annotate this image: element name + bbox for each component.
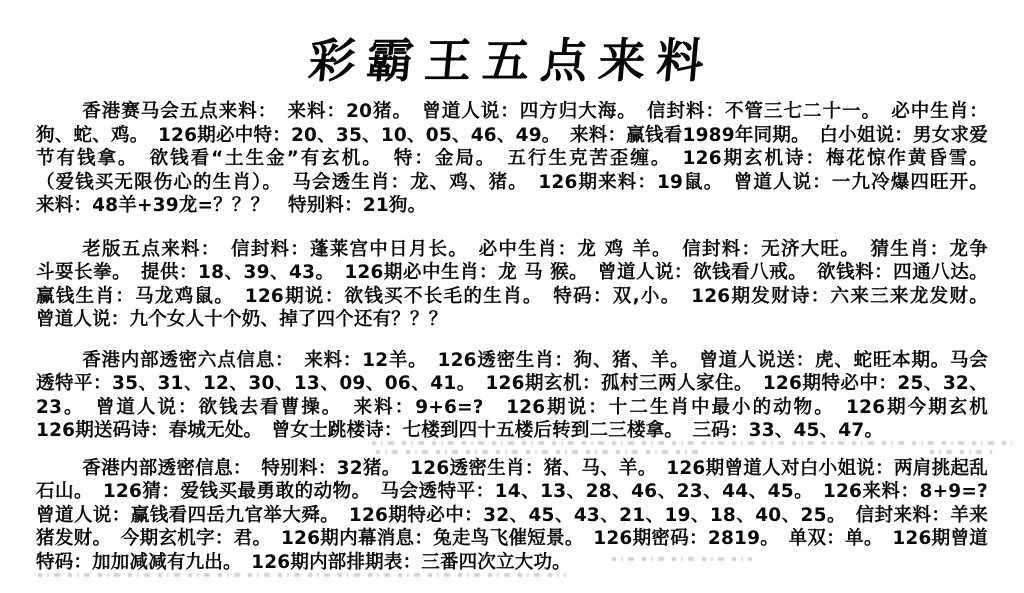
paragraph-internal-secret-six-points: 香港内部透密六点信息： 来料：12羊。 126透密生肖：狗、猪、羊。 曾道人说送… [36,349,988,443]
text-line: 23。 曾道人说：欲钱去看曹操。 来料：9+6=? 126期说：十二生肖中最小的… [36,396,988,420]
text-line: 斗耍长拳。 提供：18、39、43。 126期必中生肖：龙 马 猴。 曾道人说：… [36,261,988,285]
page-title: 彩霸王五点来料 [0,24,1024,91]
text-line: 透特平：35、31、12、30、13、09、06、41。 126期玄机：孤村三两… [36,372,988,396]
text-line: 香港赛马会五点来料： 来料：20猪。 曾道人说：四方归大海。 信封料：不管三七二… [36,100,988,124]
faded-print-artifact [612,557,752,561]
faded-print-artifact [930,450,992,454]
text-line: 节有钱拿。 欲钱看“土生金”有玄机。 特：金局。 五行生克苦歪缠。 126期玄机… [36,147,988,171]
text-line: 曾道人说：九个女人十个奶、掉了四个还有？？？ [36,308,988,332]
tip-sheet-body: 香港赛马会五点来料： 来料：20猪。 曾道人说：四方归大海。 信封料：不管三七二… [36,100,988,591]
text-line: 赢钱生肖：马龙鸡鼠。 126期说：欲钱买不长毛的生肖。 特码：双,小。 126期… [36,285,988,309]
faded-print-artifact [376,450,706,454]
text-line: （爱钱买无限伤心的生肖）。 马会透生肖：龙、鸡、猪。 126期来料：19鼠。 曾… [36,171,988,195]
text-line: 来料：48羊+39龙=？？？ 特别料：21狗。 [36,194,988,218]
text-line: 石山。 126猜：爱钱买最勇敢的动物。 马会透特平：14、13、28、46、23… [36,480,988,504]
faded-print-artifact [38,573,566,577]
paragraph-old-edition-five-points: 老版五点来料： 信封料：蓬莱宫中日月长。 必中生肖：龙 鸡 羊。 信封料：无济大… [36,238,988,332]
text-line: 老版五点来料： 信封料：蓬莱宫中日月长。 必中生肖：龙 鸡 羊。 信封料：无济大… [36,238,988,262]
paragraph-racing-club-five-points: 香港赛马会五点来料： 来料：20猪。 曾道人说：四方归大海。 信封料：不管三七二… [36,100,988,218]
paragraph-internal-secret-info: 香港内部透密信息： 特别料：32猪。 126透密生肖：猪、马、羊。 126期曾道… [36,457,988,575]
text-line: 狗、蛇、鸡。 126期必中特：20、35、10、05、46、49。 来料：赢钱看… [36,124,988,148]
text-line: 126期送码诗：春城无处。 曾女士跳楼诗：七楼到四十五楼后转到二三楼拿。 三码：… [36,419,988,443]
text-line: 猪发财。 今期玄机字：君。 126期内幕消息：兔走鸟飞催短景。 126期密码：2… [36,527,988,551]
text-line: 曾道人说：赢钱看四岳九官举大舜。 126期特必中：32、45、43、21、19、… [36,504,988,528]
text-line: 香港内部透密信息： 特别料：32猪。 126透密生肖：猪、马、羊。 126期曾道… [36,457,988,481]
text-line: 特码：加加减减有九出。 126期内部排期表：三番四次立大功。 [36,551,988,575]
faded-print-artifact [372,441,1012,445]
text-line: 香港内部透密六点信息： 来料：12羊。 126透密生肖：狗、猪、羊。 曾道人说送… [36,349,988,373]
tip-sheet-page: 彩霸王五点来料 香港赛马会五点来料： 来料：20猪。 曾道人说：四方归大海。 信… [0,0,1024,593]
